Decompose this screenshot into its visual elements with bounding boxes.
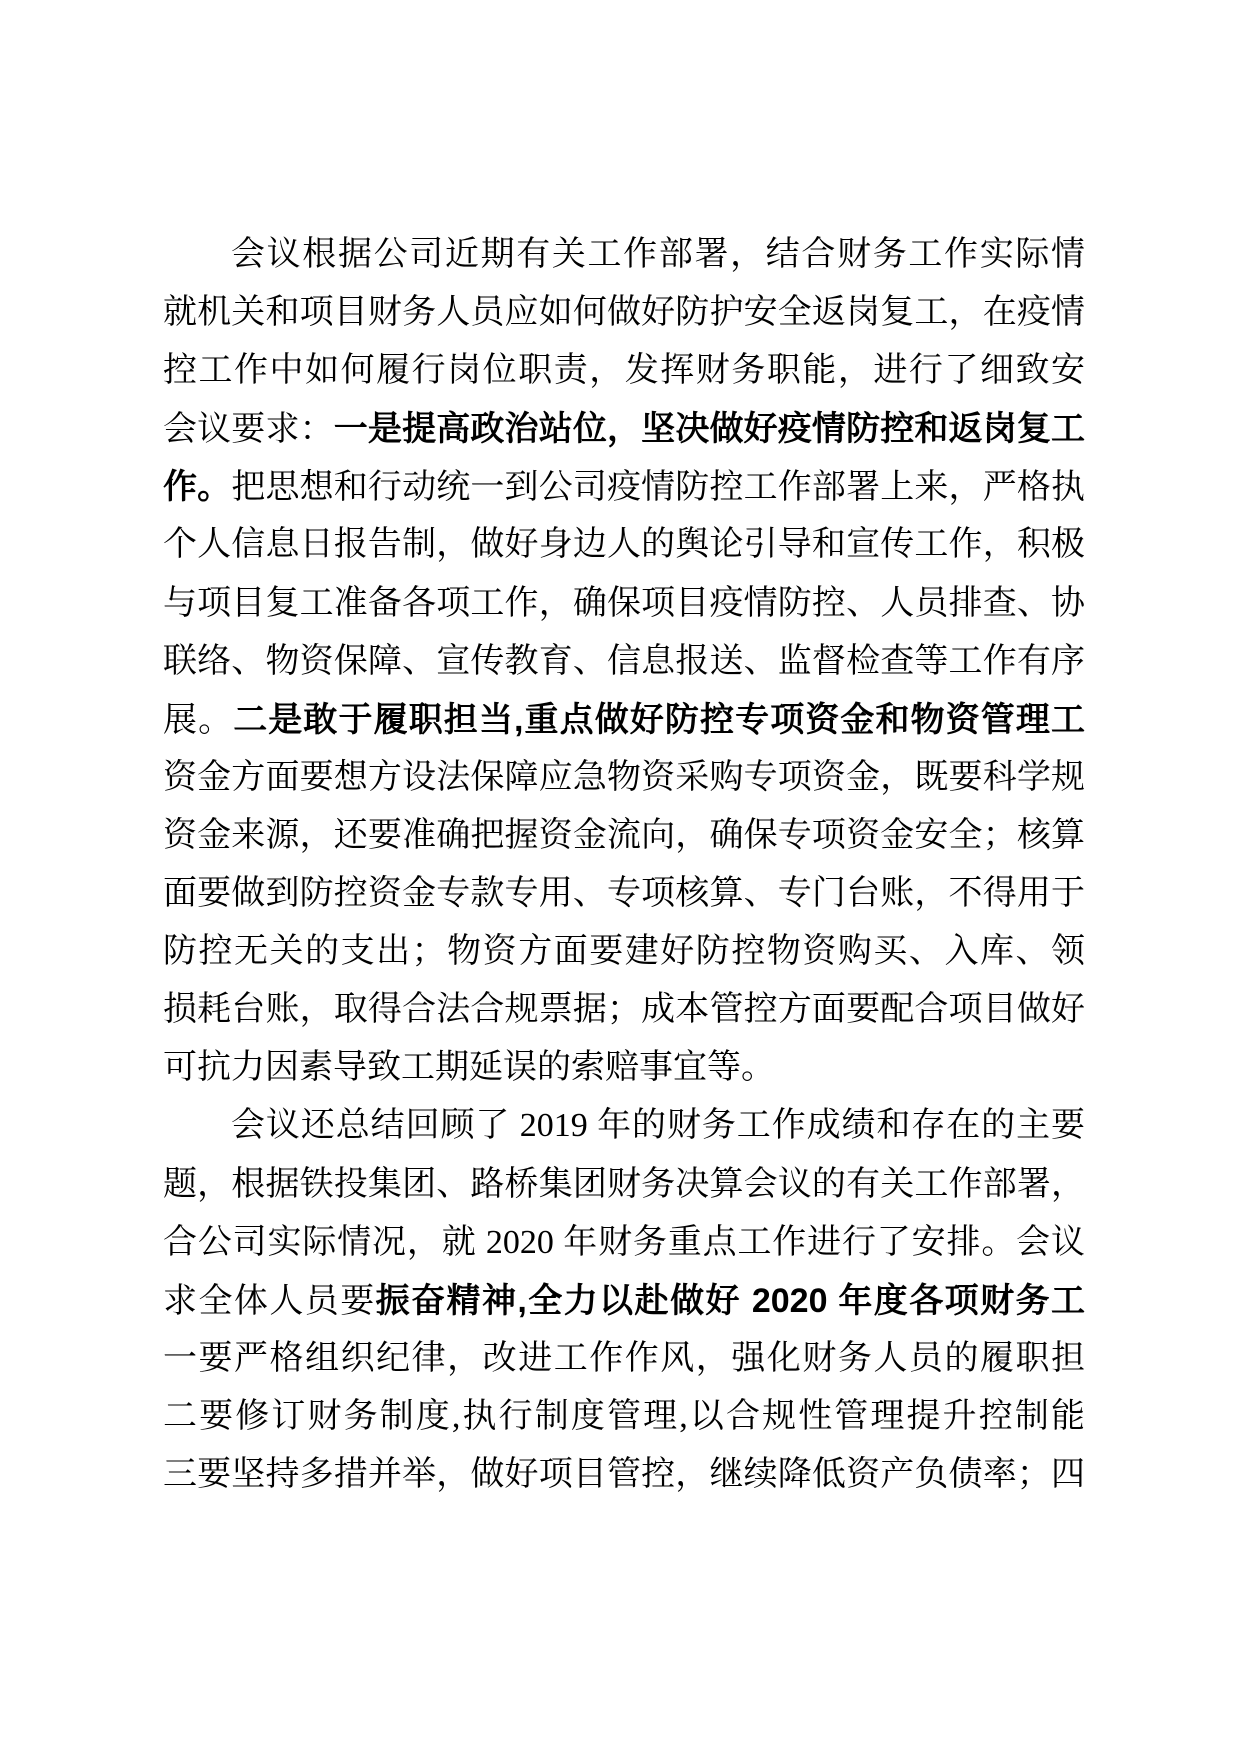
body-text-run: 面要做到防控资金专款专用、专项核算、专门台账，不得用于与	[163, 875, 1085, 923]
text-line: 会议根据公司近期有关工作部署，结合财务工作实际情况，	[163, 226, 1085, 284]
body-text-run: 防控无关的支出；物资方面要建好防控物资购买、入库、领用、	[163, 933, 1085, 981]
text-line: 作。把思想和行动统一到公司疫情防控工作部署上来，严格执行	[163, 458, 1085, 516]
text-line: 二要修订财务制度,执行制度管理,以合规性管理提升控制能力；	[163, 1388, 1085, 1446]
emphasis-text-run: 作。	[163, 468, 231, 506]
text-line: 资金方面要想方设法保障应急物资采购专项资金，既要科学规划	[163, 749, 1085, 807]
body-text-run: 求全体人员要	[163, 1283, 376, 1320]
text-line: 题，根据铁投集团、路桥集团财务决算会议的有关工作部署，结	[163, 1156, 1085, 1214]
body-text-run: 题，根据铁投集团、路桥集团财务决算会议的有关工作部署，结	[163, 1166, 1085, 1214]
text-line: 与项目复工准备各项工作，确保项目疫情防控、人员排查、协调	[163, 575, 1085, 633]
body-text-run: 资金方面要想方设法保障应急物资采购专项资金，既要科学规划	[163, 759, 1085, 807]
text-line: 资金来源，还要准确把握资金流向，确保专项资金安全；核算方	[163, 807, 1085, 865]
body-text-run: 可抗力因素导致工期延误的索赔事宜等。	[163, 1049, 775, 1086]
body-text-run: 会议根据公司近期有关工作部署，结合财务工作实际情况，	[163, 236, 1085, 284]
text-line: 个人信息日报告制，做好身边人的舆论引导和宣传工作，积极参	[163, 516, 1085, 574]
body-text-run: 损耗台账，取得合法合规票据；成本管控方面要配合项目做好不	[163, 991, 1085, 1039]
body-text-run: 合公司实际情况，就 2020 年财务重点工作进行了安排。会议要	[163, 1224, 1085, 1272]
body-text-run: 把思想和行动统一到公司疫情防控工作部署上来，严格执行	[163, 469, 1085, 516]
text-line: 会议还总结回顾了 2019 年的财务工作成绩和存在的主要问	[163, 1097, 1085, 1155]
text-line: 可抗力因素导致工期延误的索赔事宜等。	[163, 1039, 1085, 1097]
text-line: 求全体人员要振奋精神,全力以赴做好 2020 年度各项财务工作。	[163, 1272, 1085, 1330]
body-text-run: 资金来源，还要准确把握资金流向，确保专项资金安全；核算方	[163, 817, 1085, 865]
body-text-run: 联络、物资保障、宣传教育、信息报送、监督检查等工作有序开	[163, 643, 1085, 691]
body-text-run: 会议还总结回顾了 2019 年的财务工作成绩和存在的主要问	[163, 1107, 1085, 1155]
text-line: 面要做到防控资金专款专用、专项核算、专门台账，不得用于与	[163, 865, 1085, 923]
body-text-run: 控工作中如何履行岗位职责，发挥财务职能，进行了细致安排。	[163, 352, 1085, 400]
text-line: 就机关和项目财务人员应如何做好防护安全返岗复工，在疫情防	[163, 284, 1085, 342]
text-line: 损耗台账，取得合法合规票据；成本管控方面要配合项目做好不	[163, 981, 1085, 1039]
body-text-run: 一要严格组织纪律，改进工作作风，强化财务人员的履职担当；	[163, 1340, 1085, 1388]
text-line: 控工作中如何履行岗位职责，发挥财务职能，进行了细致安排。	[163, 342, 1085, 400]
body-text-run: 三要坚持多措并举，做好项目管控，继续降低资产负债率；四要	[163, 1456, 1085, 1504]
body-text-run: 个人信息日报告制，做好身边人的舆论引导和宣传工作，积极参	[163, 526, 1085, 574]
text-line: 三要坚持多措并举，做好项目管控，继续降低资产负债率；四要	[163, 1446, 1085, 1504]
body-text-run: 二要修订财务制度,执行制度管理,以合规性管理提升控制能力；	[163, 1398, 1085, 1446]
body-text-run: 就机关和项目财务人员应如何做好防护安全返岗复工，在疫情防	[163, 294, 1085, 342]
text-line: 联络、物资保障、宣传教育、信息报送、监督检查等工作有序开	[163, 633, 1085, 691]
document-text-body: 会议根据公司近期有关工作部署，结合财务工作实际情况，就机关和项目财务人员应如何做…	[163, 226, 1085, 1504]
text-line: 防控无关的支出；物资方面要建好防控物资购买、入库、领用、	[163, 923, 1085, 981]
document-page: 会议根据公司近期有关工作部署，结合财务工作实际情况，就机关和项目财务人员应如何做…	[0, 0, 1241, 1754]
body-text-run: 会议要求：	[163, 411, 334, 448]
body-text-run: 与项目复工准备各项工作，确保项目疫情防控、人员排查、协调	[163, 585, 1085, 633]
text-line: 一要严格组织纪律，改进工作作风，强化财务人员的履职担当；	[163, 1330, 1085, 1388]
text-line: 会议要求：一是提高政治站位，坚决做好疫情防控和返岗复工工	[163, 400, 1085, 458]
text-line: 合公司实际情况，就 2020 年财务重点工作进行了安排。会议要	[163, 1214, 1085, 1272]
emphasis-text-run: 二是敢于履职担当,重点做好防控专项资金和物资管理工作。	[163, 701, 1085, 749]
body-text-run: 展。	[163, 702, 233, 739]
text-line: 展。二是敢于履职担当,重点做好防控专项资金和物资管理工作。	[163, 691, 1085, 749]
